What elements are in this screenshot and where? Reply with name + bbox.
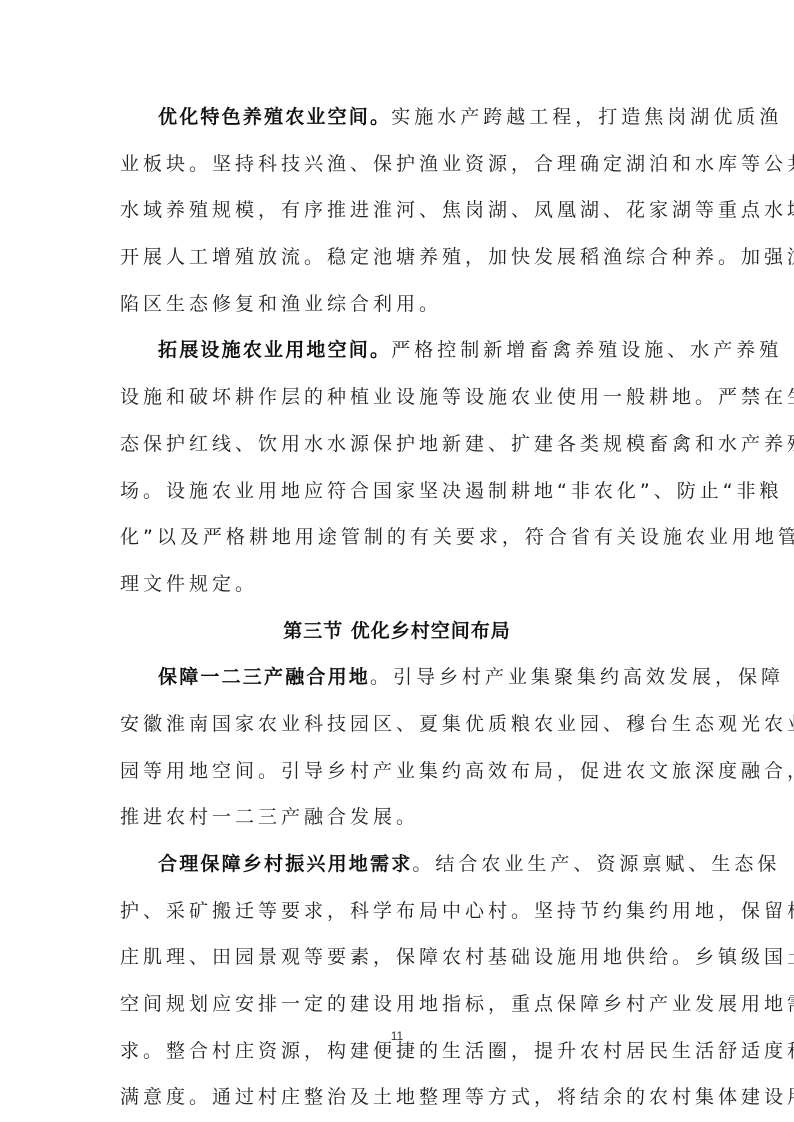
paragraph-line: 陷区生态修复和渔业综合利用。 (120, 287, 674, 334)
paragraph-lead-heading: 保障一二三产融合用地 (158, 666, 370, 688)
paragraph-text: 。引导乡村产业集聚集约高效发展，保障 (370, 666, 784, 688)
paragraph-lead-heading: 优化特色养殖农业空间。 (158, 106, 391, 128)
paragraph-line: 场。设施农业用地应符合国家坚决遏制耕地“非农化”、防止“非粮 (120, 474, 674, 521)
paragraph-line: 业板块。坚持科技兴渔、保护渔业资源，合理确定湖泊和水库等公共 (120, 147, 674, 194)
paragraph-line: 护、采矿搬迁等要求，科学布局中心村。坚持节约集约用地，保留村 (120, 894, 674, 941)
paragraph-text: 实施水产跨越工程，打造焦岗湖优质渔 (391, 106, 782, 128)
paragraph-line: 满意度。通过村庄整治及土地整理等方式，将结余的农村集体建设用 (120, 1080, 674, 1122)
paragraph-lead-heading: 拓展设施农业用地空间。 (158, 339, 391, 361)
paragraph-first-line: 保障一二三产融合用地。引导乡村产业集聚集约高效发展，保障 (120, 660, 674, 707)
page-number: 11 (0, 1029, 794, 1043)
paragraph-text: 严格控制新增畜禽养殖设施、水产养殖 (391, 339, 782, 361)
paragraph-facility-agriculture: 拓展设施农业用地空间。严格控制新增畜禽养殖设施、水产养殖 设施和破坏耕作层的种植… (120, 333, 674, 613)
paragraph-industry-integration: 保障一二三产融合用地。引导乡村产业集聚集约高效发展，保障 安徽淮南国家农业科技园… (120, 660, 674, 847)
paragraph-rural-revitalization: 合理保障乡村振兴用地需求。结合农业生产、资源禀赋、生态保 护、采矿搬迁等要求，科… (120, 847, 674, 1122)
paragraph-line: 态保护红线、饮用水水源保护地新建、扩建各类规模畜禽和水产养殖 (120, 427, 674, 474)
document-page: 优化特色养殖农业空间。实施水产跨越工程，打造焦岗湖优质渔 业板块。坚持科技兴渔、… (120, 100, 674, 1122)
paragraph-first-line: 优化特色养殖农业空间。实施水产跨越工程，打造焦岗湖优质渔 (120, 100, 674, 147)
paragraph-lead-heading: 合理保障乡村振兴用地需求 (158, 853, 412, 875)
paragraph-line: 园等用地空间。引导乡村产业集约高效布局，促进农文旅深度融合， (120, 754, 674, 801)
paragraph-text: 。结合农业生产、资源禀赋、生态保 (412, 853, 780, 875)
paragraph-line: 设施和破坏耕作层的种植业设施等设施农业使用一般耕地。严禁在生 (120, 380, 674, 427)
paragraph-aquaculture: 优化特色养殖农业空间。实施水产跨越工程，打造焦岗湖优质渔 业板块。坚持科技兴渔、… (120, 100, 674, 333)
paragraph-line: 庄肌理、田园景观等要素，保障农村基础设施用地供给。乡镇级国土 (120, 940, 674, 987)
paragraph-line: 理文件规定。 (120, 567, 674, 614)
paragraph-line: 开展人工增殖放流。稳定池塘养殖，加快发展稻渔综合种养。加强沉 (120, 240, 674, 287)
paragraph-line: 水域养殖规模，有序推进淮河、焦岗湖、凤凰湖、花家湖等重点水域 (120, 193, 674, 240)
paragraph-line: 安徽淮南国家农业科技园区、夏集优质粮农业园、穆台生态观光农业 (120, 707, 674, 754)
paragraph-line: 推进农村一二三产融合发展。 (120, 800, 674, 847)
paragraph-line: 空间规划应安排一定的建设用地指标，重点保障乡村产业发展用地需 (120, 987, 674, 1034)
section-heading: 第三节 优化乡村空间布局 (120, 614, 674, 661)
paragraph-line: 化”以及严格耕地用途管制的有关要求，符合省有关设施农业用地管 (120, 520, 674, 567)
paragraph-first-line: 拓展设施农业用地空间。严格控制新增畜禽养殖设施、水产养殖 (120, 333, 674, 380)
paragraph-first-line: 合理保障乡村振兴用地需求。结合农业生产、资源禀赋、生态保 (120, 847, 674, 894)
